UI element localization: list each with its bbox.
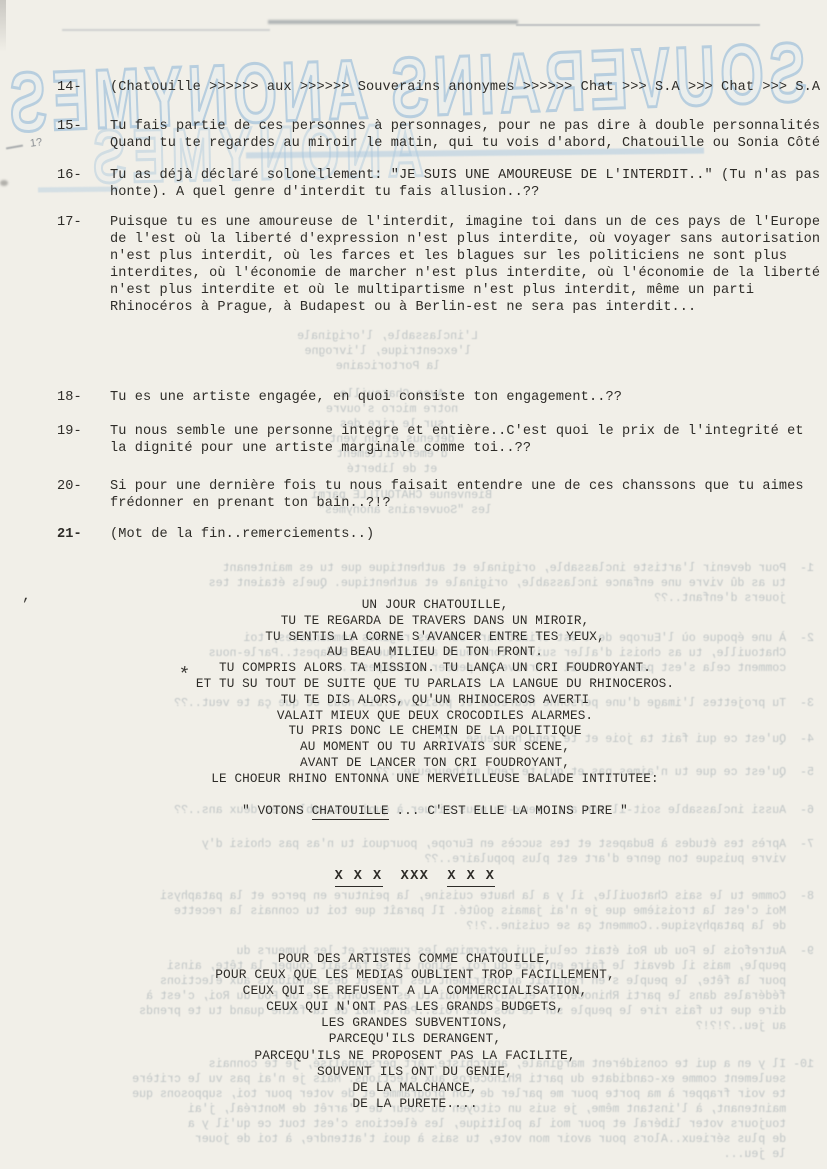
edge-smudge-dot [0, 180, 8, 186]
text-line: TU SENTIS LA CORNE S'AVANCER ENTRE TES Y… [50, 629, 820, 645]
text-line: AU BEAU MILIEU DE TON FRONT. [50, 644, 820, 660]
poem-lines: UN JOUR CHATOUILLE,TU TE REGARDA DE TRAV… [50, 597, 820, 787]
text-line: PARCEQU'ILS NE PROPOSENT PAS LA FACILITE… [30, 1048, 800, 1064]
text-line: LES GRANDES SUBVENTIONS, [30, 1015, 800, 1031]
poem-closing-prefix: " VOTONS [242, 803, 311, 818]
text-line: VALAIT MIEUX QUE DEUX CROCODILES ALARMES… [50, 708, 820, 724]
question-text: Si pour une dernière fois tu nous faisai… [110, 478, 804, 512]
text-line: SOUVENT ILS ONT DU GENIE, [30, 1064, 800, 1080]
question-number: 19- [57, 423, 110, 457]
question-item-19: 19- Tu nous semble une personne integre … [57, 423, 804, 457]
question-item-21: 21- (Mot de la fin..remerciements..) [57, 526, 374, 543]
poem-closing-line: " VOTONS CHATOUILLE ... C'EST ELLE LA MO… [50, 803, 820, 819]
question-number: 20- [57, 478, 110, 512]
question-number: 16- [57, 167, 110, 201]
text-line: n'est plus interdit, où les farces et le… [110, 248, 820, 265]
poem-underlined-word: CHATOUILLE [312, 803, 389, 820]
typed-content: 14- (Chatouille >>>>>> aux >>>>>> Souver… [0, 0, 827, 1169]
text-line: Tu as déjà déclaré solonellement: "JE SU… [110, 167, 820, 184]
text-line: de l'est où la liberté d'expression n'es… [110, 231, 820, 248]
question-item-15: 15- Tu fais partie de ces personnes à pe… [57, 118, 820, 152]
text-line: DE LA PURETE.... [30, 1096, 800, 1112]
top-ink-smudge [268, 20, 518, 24]
text-line: AU MOMENT OU TU ARRIVAIS SUR SCENE, [50, 739, 820, 755]
top-ink-line-left [62, 29, 270, 31]
text-line: (Mot de la fin..remerciements..) [110, 526, 374, 543]
text-line: n'est plus interdite et où le multiparti… [110, 282, 820, 299]
text-line: Tu nous semble une personne integre et e… [110, 423, 804, 440]
question-text: Tu fais partie de ces personnes à person… [110, 118, 820, 152]
question-number: 14- [57, 79, 110, 96]
text-line: Quand tu te regardes au miroir le matin,… [110, 135, 820, 152]
text-line: AVANT DE LANCER TON CRI FOUDROYANT, [50, 755, 820, 771]
text-line: frédonner en prenant ton bain..?!? [110, 495, 804, 512]
text-line: POUR CEUX QUE LES MEDIAS OUBLIENT TROP F… [30, 967, 800, 983]
top-ink-line [516, 24, 760, 26]
margin-comma-mark: , [22, 588, 31, 605]
text-line: PARCEQU'ILS DERANGENT, [30, 1031, 800, 1047]
text-line: ET TU SU TOUT DE SUITE QUE TU PARLAIS LA… [50, 676, 820, 692]
text-line: TU TE DIS ALORS, QU'UN RHINOCEROS AVERTI [50, 692, 820, 708]
question-text: (Mot de la fin..remerciements..) [110, 526, 374, 543]
question-number: 17- [57, 214, 110, 316]
poem-block: UN JOUR CHATOUILLE,TU TE REGARDA DE TRAV… [50, 597, 820, 818]
poem-closing-suffix: ... C'EST ELLE LA MOINS PIRE " [389, 803, 628, 818]
question-item-14: 14- (Chatouille >>>>>> aux >>>>>> Souver… [57, 79, 820, 96]
question-text: Tu nous semble une personne integre et e… [110, 423, 804, 457]
text-line: Puisque tu es une amoureuse de l'interdi… [110, 214, 820, 231]
text-line: CEUX QUI N'ONT PAS LES GRANDS BUDGETS, [30, 999, 800, 1015]
question-text: (Chatouille >>>>>> aux >>>>>> Souverains… [110, 79, 820, 96]
text-line: TU COMPRIS ALORS TA MISSION. TU LANÇA UN… [50, 660, 820, 676]
text-line: CEUX QUI SE REFUSENT A LA COMMERCIALISAT… [30, 983, 800, 999]
question-item-16: 16- Tu as déjà déclaré solonellement: "J… [57, 167, 820, 201]
text-line: (Chatouille >>>>>> aux >>>>>> Souverains… [110, 79, 820, 96]
text-line: POUR DES ARTISTES COMME CHATOUILLE, [30, 951, 800, 967]
text-line: TU TE REGARDA DE TRAVERS DANS UN MIROIR, [50, 613, 820, 629]
text-line: Si pour une dernière fois tu nous faisai… [110, 478, 804, 495]
text-line: interdites, où l'économie de marcher n'e… [110, 265, 820, 282]
text-line: Tu fais partie de ces personnes à person… [110, 118, 820, 135]
text-line: LE CHOEUR RHINO ENTONNA UNE MERVEILLEUSE… [50, 771, 820, 787]
corner-shadow [0, 0, 6, 52]
divider-group: X X X [447, 869, 495, 887]
question-item-20: 20- Si pour une dernière fois tu nous fa… [57, 478, 804, 512]
question-item-18: 18- Tu es une artiste engagée, en quoi c… [57, 389, 622, 406]
text-line: la dignité pour une artiste marginale co… [110, 440, 804, 457]
divider-group: X X X [335, 869, 383, 887]
question-number: 15- [57, 118, 110, 152]
question-number: 18- [57, 389, 110, 406]
question-text: Puisque tu es une amoureuse de l'interdi… [110, 214, 820, 316]
text-line: Tu es une artiste engagée, en quoi consi… [110, 389, 622, 406]
dedication-block: POUR DES ARTISTES COMME CHATOUILLE,POUR … [30, 951, 800, 1112]
pencil-margin-note: 1? [29, 136, 43, 150]
text-line: UN JOUR CHATOUILLE, [50, 597, 820, 613]
typewritten-page: SOUVERAINS ANONYMES ANONYMES L'inclassab… [0, 0, 827, 1169]
text-line: DE LA MALCHANCE, [30, 1080, 800, 1096]
text-line: TU PRIS DONC LE CHEMIN DE LA POLITIQUE [50, 723, 820, 739]
question-item-17: 17- Puisque tu es une amoureuse de l'int… [57, 214, 820, 316]
text-line: honte). A quel genre d'interdit tu fais … [110, 184, 820, 201]
question-text: Tu as déjà déclaré solonellement: "JE SU… [110, 167, 820, 201]
question-text: Tu es une artiste engagée, en quoi consi… [110, 389, 622, 406]
xxx-divider: X X XXXXX X X [30, 869, 800, 884]
text-line: Rhinocéros à Prague, à Budapest ou à Ber… [110, 299, 820, 316]
divider-group: XXX [401, 869, 430, 884]
question-number: 21- [57, 526, 110, 543]
